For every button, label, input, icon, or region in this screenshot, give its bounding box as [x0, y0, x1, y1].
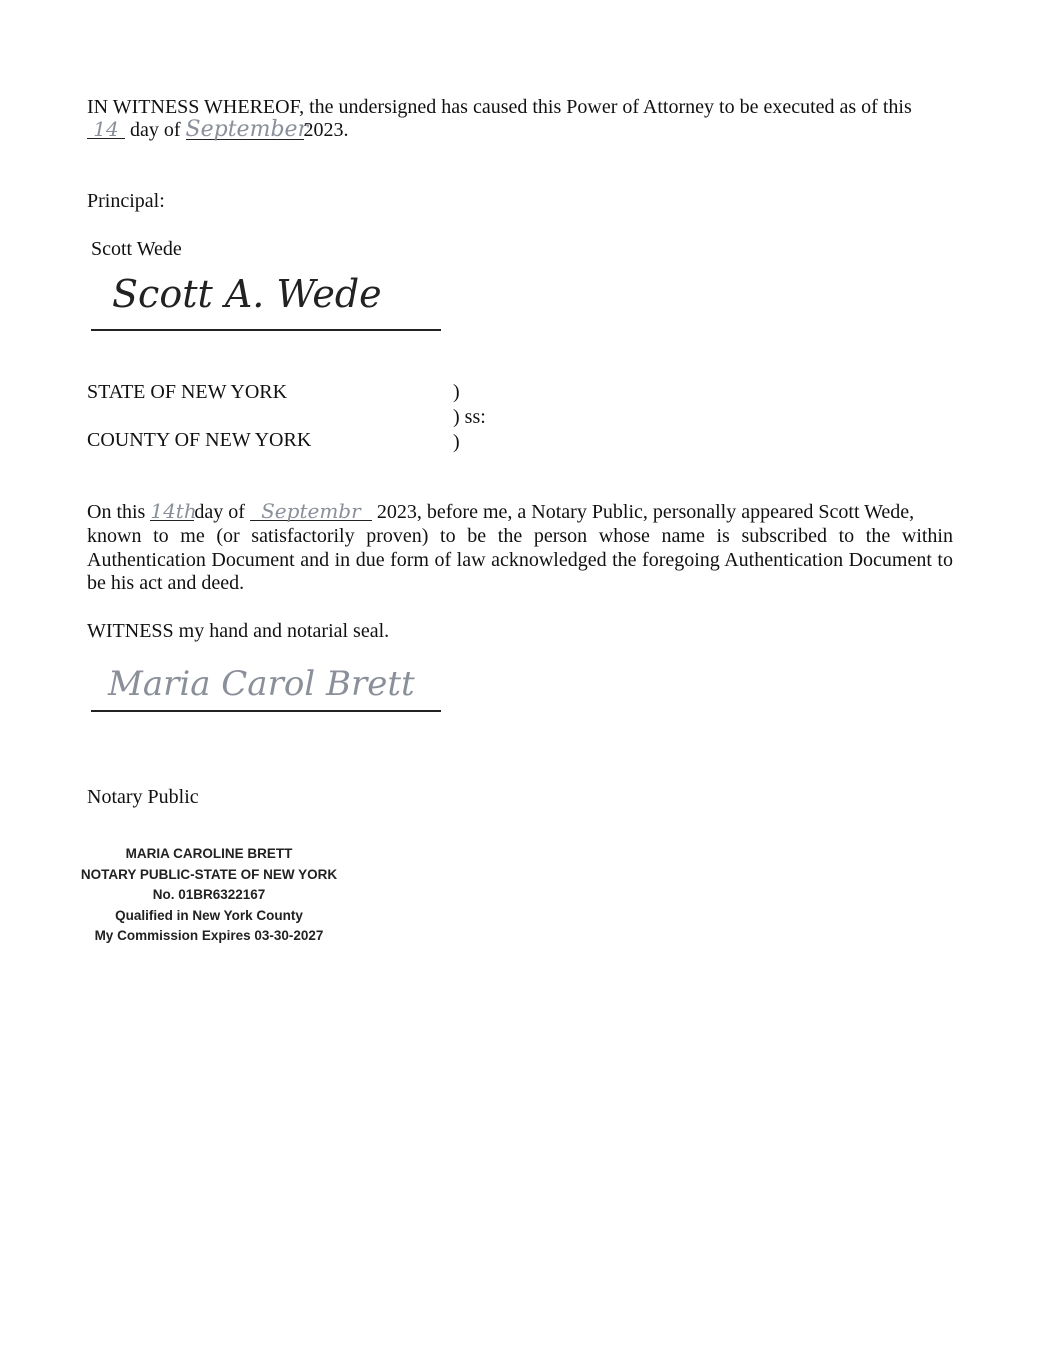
handwritten-day: 14 [87, 120, 125, 139]
acknowledgment-body: known to me (or satisfactorily proven) t… [87, 525, 953, 596]
venue-ss: ) ss: [453, 406, 486, 429]
stamp-title: NOTARY PUBLIC-STATE OF NEW YORK [68, 865, 350, 886]
principal-signature-line [91, 329, 441, 331]
ack-prefix: On this [87, 501, 145, 523]
stamp-name: MARIA CAROLINE BRETT [68, 844, 350, 865]
stamp-number: No. 01BR6322167 [68, 885, 350, 906]
ack-rest-line1: 2023, before me, a Notary Public, person… [377, 501, 914, 523]
handwritten-month: September [186, 121, 304, 140]
venue-state: STATE OF NEW YORK [87, 381, 287, 404]
ack-day-of: day of [194, 501, 245, 523]
witness-clause-line1: IN WITNESS WHEREOF, the undersigned has … [87, 96, 912, 119]
stamp-expiration: My Commission Expires 03-30-2027 [68, 926, 350, 947]
principal-label: Principal: [87, 190, 165, 213]
ack-handwritten-day: 14th [150, 502, 194, 521]
principal-signature: Scott A. Wede [112, 272, 382, 316]
notary-signature: Maria Carol Brett [108, 664, 415, 704]
stamp-qualified: Qualified in New York County [68, 906, 350, 927]
year-text: 2023. [304, 119, 349, 141]
witness-hand-text: WITNESS my hand and notarial seal. [87, 620, 389, 643]
venue-paren-3: ) [453, 431, 460, 454]
day-of-text: day of [130, 119, 181, 141]
notary-label: Notary Public [87, 786, 199, 809]
notary-signature-line [91, 710, 441, 712]
ack-handwritten-month: Septembr [250, 502, 372, 521]
venue-county: COUNTY OF NEW YORK [87, 429, 311, 452]
venue-paren-1: ) [453, 381, 460, 404]
notary-stamp: MARIA CAROLINE BRETT NOTARY PUBLIC-STATE… [68, 844, 350, 947]
witness-clause-line2: 14 day of September2023. [87, 119, 349, 142]
principal-name: Scott Wede [91, 238, 182, 261]
acknowledgment-line1: On this 14thday of Septembr 2023, before… [87, 501, 914, 524]
